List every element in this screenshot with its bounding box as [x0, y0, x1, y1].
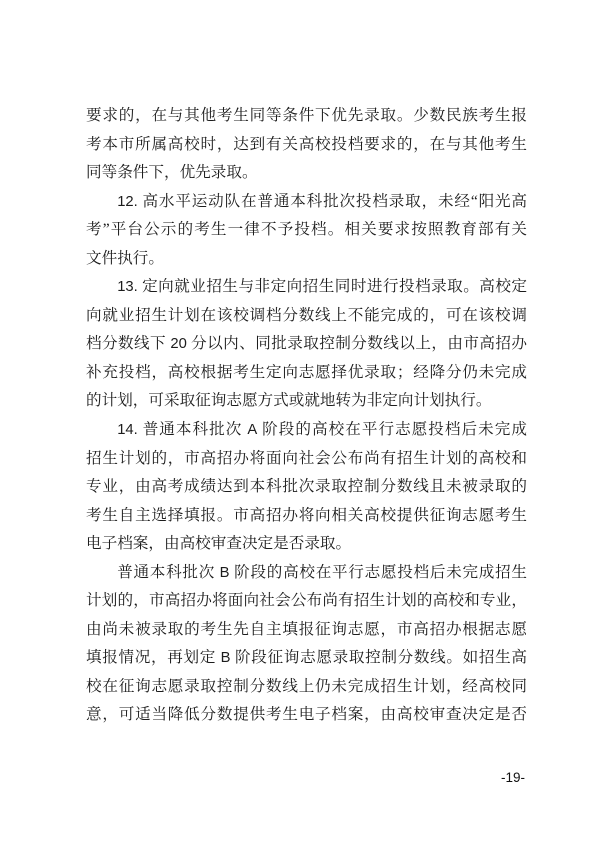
- latin-text: B: [221, 650, 231, 666]
- text-line: 意，可适当降低分数提供考生电子档案，由高校审查决定是否: [86, 701, 527, 730]
- latin-text: 12.: [117, 194, 138, 210]
- paragraph: 要求的，在与其他考生同等条件下优先录取。少数民族考生报考本市所属高校时，达到有关…: [86, 102, 527, 188]
- text-line: 招生计划的，市高招办将面向社会公布尚有招生计划的高校和: [86, 445, 527, 474]
- paragraph: 普通本科批次 B 阶段的高校在平行志愿投档后未完成招生计划的，市高招办将面向社会…: [86, 559, 527, 730]
- text-line: 填报情况，再划定 B 阶段征询志愿录取控制分数线。如招生高: [86, 644, 527, 673]
- text-line: 要求的，在与其他考生同等条件下优先录取。少数民族考生报: [86, 102, 527, 131]
- text-line: 14. 普通本科批次 A 阶段的高校在平行志愿投档后未完成: [86, 416, 527, 445]
- text-line: 考”平台公示的考生一律不予投档。相关要求按照教育部有关: [86, 216, 527, 245]
- text-line: 考本市所属高校时，达到有关高校投档要求的，在与其他考生: [86, 131, 527, 160]
- text-line: 由尚未被录取的考生先自主填报征询志愿，市高招办根据志愿: [86, 616, 527, 645]
- text-line: 12. 高水平运动队在普通本科批次投档录取，未经“阳光高: [86, 188, 527, 217]
- latin-text: 14.: [117, 422, 138, 438]
- latin-text: A: [247, 422, 257, 438]
- text-line: 专业，由高考成绩达到本科批次录取控制分数线且未被录取的: [86, 473, 527, 502]
- text-line: 计划的，市高招办将面向社会公布尚有招生计划的高校和专业，: [86, 587, 527, 616]
- paragraph: 14. 普通本科批次 A 阶段的高校在平行志愿投档后未完成招生计划的，市高招办将…: [86, 416, 527, 559]
- paragraph: 12. 高水平运动队在普通本科批次投档录取，未经“阳光高考”平台公示的考生一律不…: [86, 188, 527, 274]
- latin-text: 20: [170, 336, 186, 352]
- text-line: 文件执行。: [86, 245, 527, 274]
- page-number: -19-: [501, 770, 525, 785]
- latin-text: 13.: [117, 279, 138, 295]
- text-line: 向就业招生计划在该校调档分数线上不能完成的，可在该校调: [86, 302, 527, 331]
- text-line: 同等条件下，优先录取。: [86, 159, 527, 188]
- text-line: 考生自主选择填报。市高招办将向相关高校提供征询志愿考生: [86, 502, 527, 531]
- text-line: 补充投档，高校根据考生定向志愿择优录取；经降分仍未完成: [86, 359, 527, 388]
- document-page: 要求的，在与其他考生同等条件下优先录取。少数民族考生报考本市所属高校时，达到有关…: [0, 0, 595, 842]
- text-line: 的计划，可采取征询志愿方式或就地转为非定向计划执行。: [86, 387, 527, 416]
- text-line: 电子档案，由高校审查决定是否录取。: [86, 530, 527, 559]
- paragraph: 13. 定向就业招生与非定向招生同时进行投档录取。高校定向就业招生计划在该校调档…: [86, 273, 527, 416]
- document-body: 要求的，在与其他考生同等条件下优先录取。少数民族考生报考本市所属高校时，达到有关…: [86, 102, 527, 730]
- text-line: 普通本科批次 B 阶段的高校在平行志愿投档后未完成招生: [86, 559, 527, 588]
- text-line: 校在征询志愿录取控制分数线上仍未完成招生计划，经高校同: [86, 673, 527, 702]
- text-line: 13. 定向就业招生与非定向招生同时进行投档录取。高校定: [86, 273, 527, 302]
- latin-text: B: [220, 565, 230, 581]
- text-line: 档分数线下 20 分以内、同批录取控制分数线以上，由市高招办: [86, 330, 527, 359]
